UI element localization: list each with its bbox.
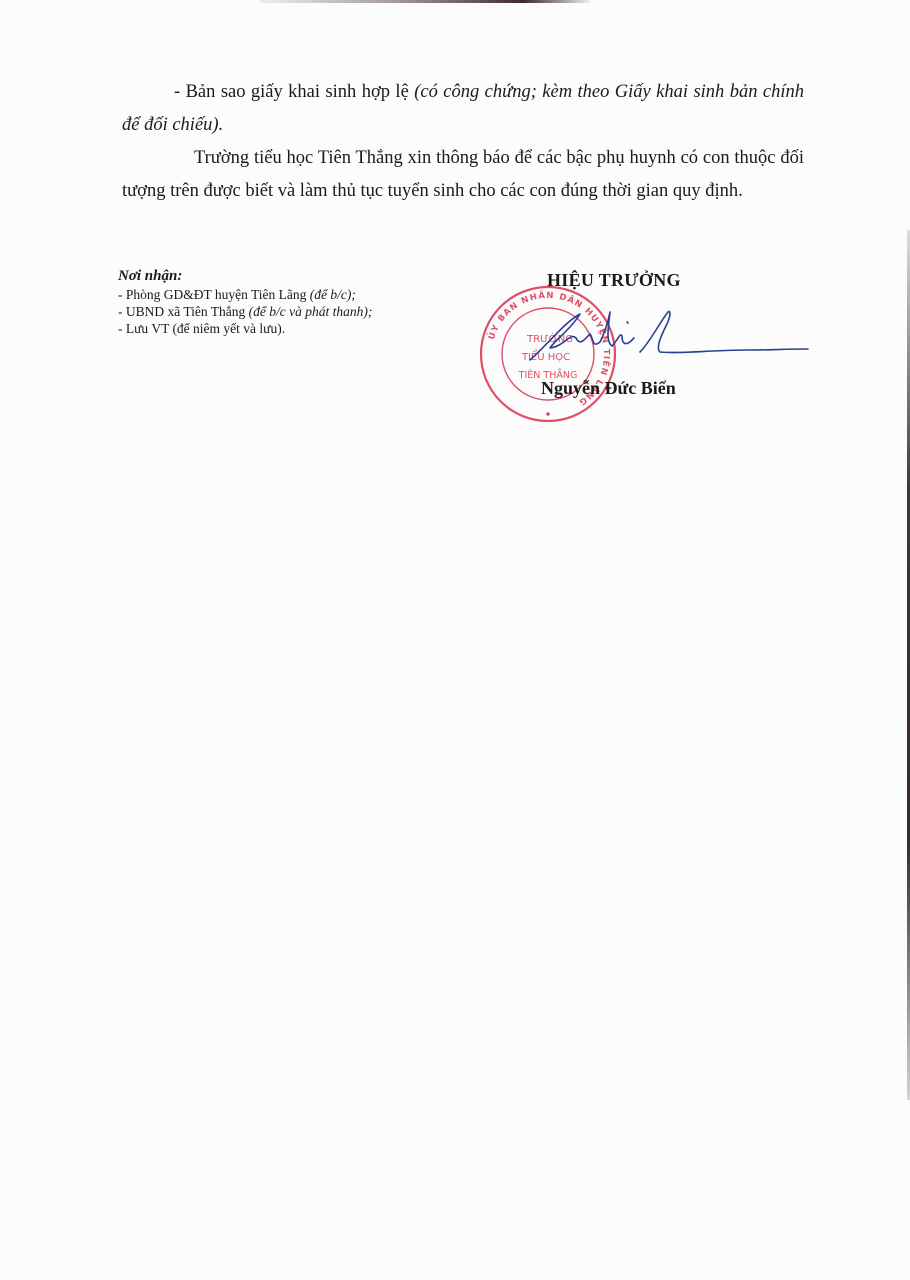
paragraph-birth-certificate: - Bản sao giấy khai sinh hợp lệ (có công… xyxy=(122,76,804,142)
recipient-item: - Lưu VT (để niêm yết và lưu). xyxy=(118,320,372,337)
document-body: - Bản sao giấy khai sinh hợp lệ (có công… xyxy=(122,76,804,208)
paragraph-text: Trường tiểu học Tiên Thắng xin thông báo… xyxy=(122,148,804,201)
recipient-note: (để b/c); xyxy=(310,287,356,302)
recipient-item: - Phòng GD&ĐT huyện Tiên Lãng (để b/c); xyxy=(118,286,372,303)
signer-title: HIỆU TRƯỞNG xyxy=(547,270,681,291)
signer-name: Nguyễn Đức Biển xyxy=(541,378,676,399)
recipients-block: Nơi nhận: - Phòng GD&ĐT huyện Tiên Lãng … xyxy=(118,268,372,337)
scan-edge-smudge xyxy=(260,0,590,3)
recipient-text: - UBND xã Tiên Thắng xyxy=(118,304,249,319)
paragraph-announcement: Trường tiểu học Tiên Thắng xin thông báo… xyxy=(122,142,804,208)
recipient-note: (để b/c và phát thanh); xyxy=(249,304,373,319)
paragraph-text: - Bản sao giấy khai sinh hợp lệ xyxy=(174,82,414,102)
handwritten-signature-icon xyxy=(510,302,810,372)
recipient-item: - UBND xã Tiên Thắng (để b/c và phát tha… xyxy=(118,303,372,320)
signature-block: ỦY BAN NHÂN DÂN HUYỆN TIÊN LÃNG TRƯỜNG T… xyxy=(470,262,810,432)
recipients-title: Nơi nhận: xyxy=(118,268,372,285)
recipient-text: - Phòng GD&ĐT huyện Tiên Lãng xyxy=(118,287,310,302)
recipient-text: - Lưu VT (để niêm yết và lưu). xyxy=(118,321,285,336)
